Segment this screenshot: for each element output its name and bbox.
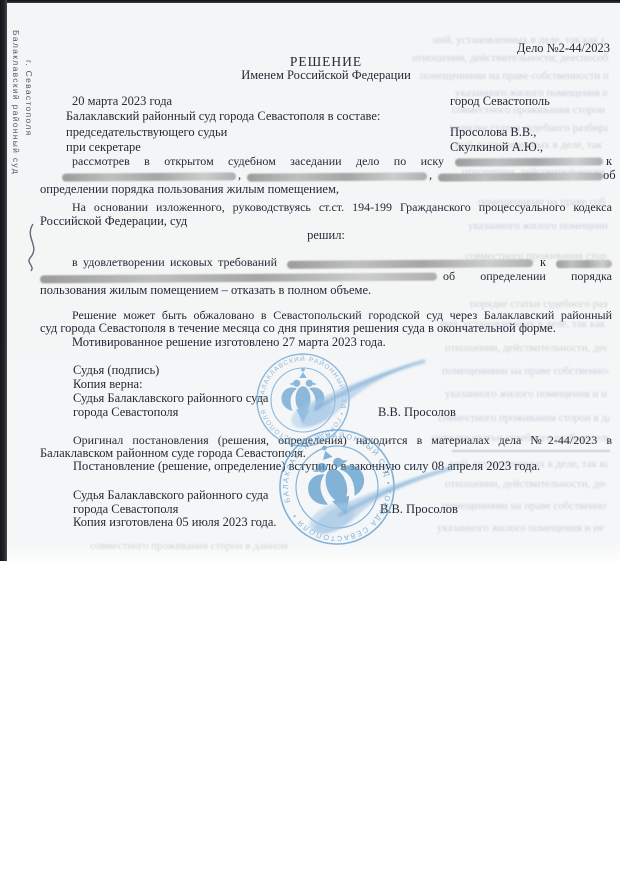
ruling-line-3: пользования жилым помещением – отказать … [40,284,371,297]
decision-city: город Севастополь [450,95,550,108]
subject-line: определении порядка пользования жилым по… [40,183,339,196]
judge-title-line-2: города Севастополя [73,406,178,419]
court-vertical-stamp-line1: Балаклавский районный суд [11,30,21,265]
scan-edge-top [0,0,620,3]
comma-separator: , [429,169,432,182]
copy-made-line: Копия изготовлена 05 июля 2023 года. [73,516,277,529]
judge-name-2: В.В. Просолов [380,503,458,516]
redaction-bar-ruling-1 [287,259,533,269]
scanned-court-decision-page: ний, установленных в деле, так как и дан… [0,0,620,877]
basis-line-2: Российской Федерации, суд [40,215,187,228]
redaction-bar-ruling-3 [40,273,437,284]
bleedthrough-rule [452,450,610,452]
redaction-bar-defendant-2 [247,172,427,181]
redaction-bar-defendant-1 [62,172,236,181]
secretary-label: при секретаре [66,141,141,154]
svg-text:БАЛАКЛАВСКИЙ РАЙОННЫЙ СУД • ГО: БАЛАКЛАВСКИЙ РАЙОННЫЙ СУД • ГОРОДА СЕВАС… [259,354,348,444]
redaction-bar-plaintiff [455,157,603,166]
judge-name: В.В. Просолов [378,406,456,419]
decision-date: 20 марта 2023 года [72,95,172,108]
resolved-heading: решил: [40,229,612,242]
to-particle: к [606,155,612,168]
bleedthrough-text: отношении, действительности, дееспособ [445,342,607,354]
appeal-line-2: суд города Севастополя в течение месяца … [40,322,556,335]
scan-edge-left [0,0,7,561]
ruling-to-particle: к [540,256,546,269]
decision-subtitle: Именем Российской Федерации [40,69,612,82]
about-particle: об [603,169,616,182]
judge-signature-1 [287,359,428,434]
redaction-bar-defendant-3 [438,172,603,181]
bleedthrough-text: указанного жилого помещения и не возраж [445,388,607,400]
eagle-emblem [296,437,373,525]
judge-signed-note: Судья (подпись) [73,364,159,377]
judge-title-2-line-1: Судья Балаклавского районного суда [73,489,268,502]
presiding-judge-label: председательствующего судьи [66,126,227,139]
redaction-bar-ruling-2 [556,260,612,268]
bleedthrough-text: помещениями на праве собственности по [442,500,606,512]
bleedthrough-text: помещениями на праве собственности по [442,365,608,377]
bleedthrough-text: указанного жилого помещения и не возраж [437,522,605,534]
edge-stamp-scribble [29,224,34,271]
court-round-stamp-1: БАЛАКЛАВСКИЙ РАЙОННЫЙ СУД • ГОРОДА СЕВАС… [257,354,349,446]
stamp-ring-text: БАЛАКЛАВСКИЙ РАЙОННЫЙ СУД • ГОРОДА СЕВАС… [259,354,348,444]
motivated-line: Мотивированное решение изготовлено 27 ма… [72,336,386,349]
ruling-line-1: в удовлетворении исковых требований [72,256,277,271]
court-vertical-stamp-line2: г. Севастополя [24,60,34,190]
court-composition: Балаклавский районный суд города Севасто… [66,110,380,123]
ruling-line-2-tail: об определении порядка [443,270,612,285]
case-number: Дело №2-44/2023 [517,42,610,55]
considered-line: рассмотрев в открытом судебном заседании… [72,155,444,170]
comma-separator: , [238,169,241,182]
presiding-judge-name: Просолова В.В., [450,126,536,139]
judge-title-line-1: Судья Балаклавского районного суда [73,392,268,405]
secretary-name: Скулкиной А.Ю., [450,141,543,154]
bleedthrough-text: совместного проживания сторон в данном [90,540,370,552]
bleedthrough-text: отношении, действительности, дееспособ [445,478,605,490]
in-force-line: Постановление (решение, определение) вст… [73,460,540,473]
copy-correct-label: Копия верна: [73,378,143,391]
decision-title: РЕШЕНИЕ [40,55,612,68]
eagle-emblem [282,368,325,423]
bleedthrough-text: совместного проживания сторон в данном [438,412,610,424]
